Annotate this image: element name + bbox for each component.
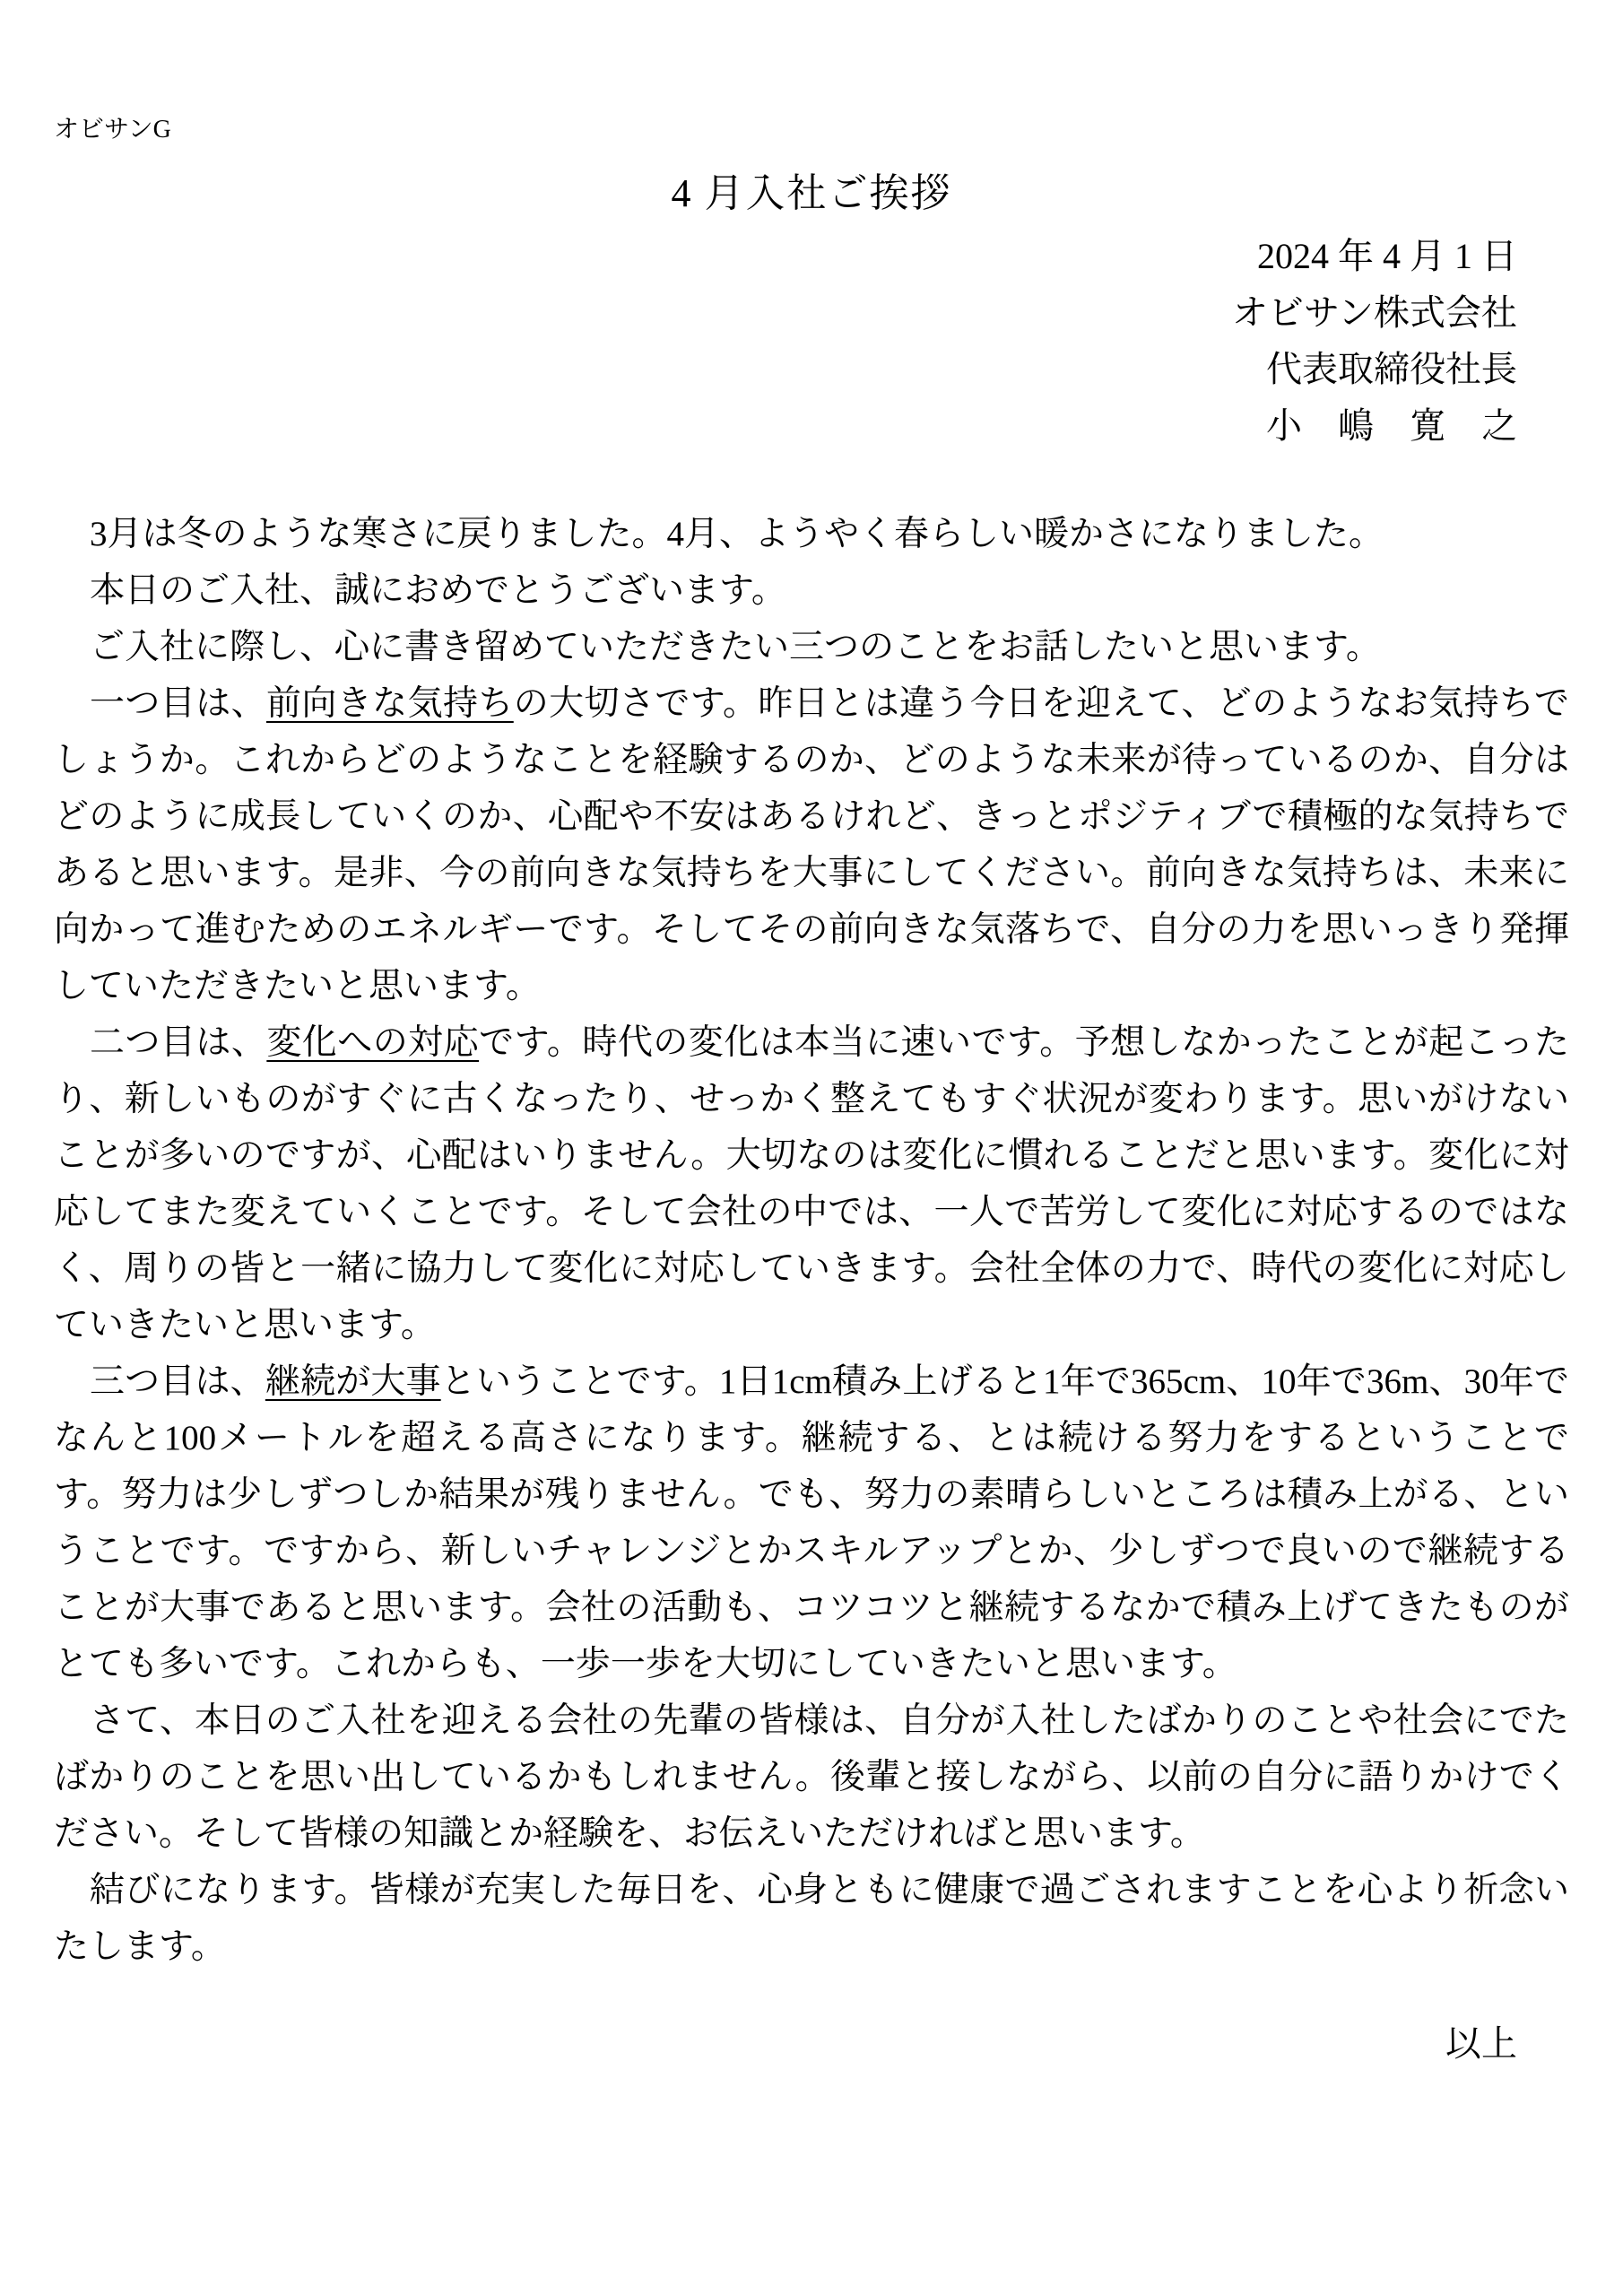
paragraph-text: です。時代の変化は本当に速いです。予想しなかったことが起こったり、新しいものがす…	[54, 1023, 1569, 1344]
paragraph: さて、本日のご入社を迎える会社の先輩の皆様は、自分が入社したばかりのことや社会に…	[54, 1692, 1569, 1862]
paragraph: 二つ目は、変化への対応です。時代の変化は本当に速いです。予想しなかったことが起こ…	[54, 1014, 1569, 1353]
document-page: オビサンG 4 月入社ご挨拶 2024 年 4 月 1 日 オビサン株式会社 代…	[0, 0, 1623, 2296]
paragraph-text: 本日のご入社、誠におめでとうございます。	[90, 571, 786, 610]
sender-company: オビサン株式会社	[54, 284, 1517, 341]
paragraph-text: さて、本日のご入社を迎える会社の先輩の皆様は、自分が入社したばかりのことや社会に…	[54, 1701, 1569, 1853]
paragraph: 結びになります。皆様が充実した毎日を、心身ともに健康で過ごされますことを心より祈…	[54, 1862, 1569, 1975]
paragraph-text: 二つ目は、	[90, 1023, 266, 1062]
paragraph-text: 一つ目は、	[90, 684, 266, 723]
underlined-phrase: 継続が大事	[265, 1362, 441, 1401]
paragraph: 一つ目は、前向きな気持ちの大切さです。昨日とは違う今日を迎えて、どのようなお気持…	[54, 675, 1569, 1014]
paragraph: 3月は冬のような寒さに戻りました。4月、ようやく春らしい暖かさになりました。	[54, 506, 1569, 562]
underlined-phrase: 変化への対応	[266, 1023, 479, 1062]
underlined-phrase: 前向きな気持ち	[266, 684, 514, 723]
body-paragraphs: 3月は冬のような寒さに戻りました。4月、ようやく春らしい暖かさになりました。本日…	[54, 506, 1569, 1975]
paragraph-text: 三つ目は、	[90, 1362, 265, 1401]
paragraph-text: ということです。1日1cm積み上げると1年で365cm、10年で36m、30年で…	[54, 1362, 1569, 1683]
paragraph-text: ご入社に際し、心に書き留めていただきたい三つのことをお話したいと思います。	[90, 628, 1381, 666]
paragraph-text: 結びになります。皆様が充実した毎日を、心身ともに健康で過ごされますことを心より祈…	[54, 1871, 1569, 1966]
sender-date: 2024 年 4 月 1 日	[54, 228, 1517, 284]
paragraph-text: 3月は冬のような寒さに戻りました。4月、ようやく春らしい暖かさになりました。	[90, 515, 1384, 553]
sender-block: 2024 年 4 月 1 日 オビサン株式会社 代表取締役社長 小 嶋 寛 之	[54, 228, 1569, 454]
document-header-label: オビサンG	[54, 115, 1569, 145]
paragraph: ご入社に際し、心に書き留めていただきたい三つのことをお話したいと思います。	[54, 619, 1569, 675]
sender-name: 小 嶋 寛 之	[54, 397, 1517, 454]
paragraph-text: の大切さです。昨日とは違う今日を迎えて、どのようなお気持ちでしょうか。これからど…	[54, 684, 1569, 1005]
paragraph: 本日のご入社、誠におめでとうございます。	[54, 562, 1569, 619]
sender-position: 代表取締役社長	[54, 341, 1517, 397]
closing-label: 以上	[54, 2015, 1569, 2072]
paragraph: 三つ目は、継続が大事ということです。1日1cm積み上げると1年で365cm、10…	[54, 1353, 1569, 1692]
document-title: 4 月入社ご挨拶	[54, 169, 1569, 219]
